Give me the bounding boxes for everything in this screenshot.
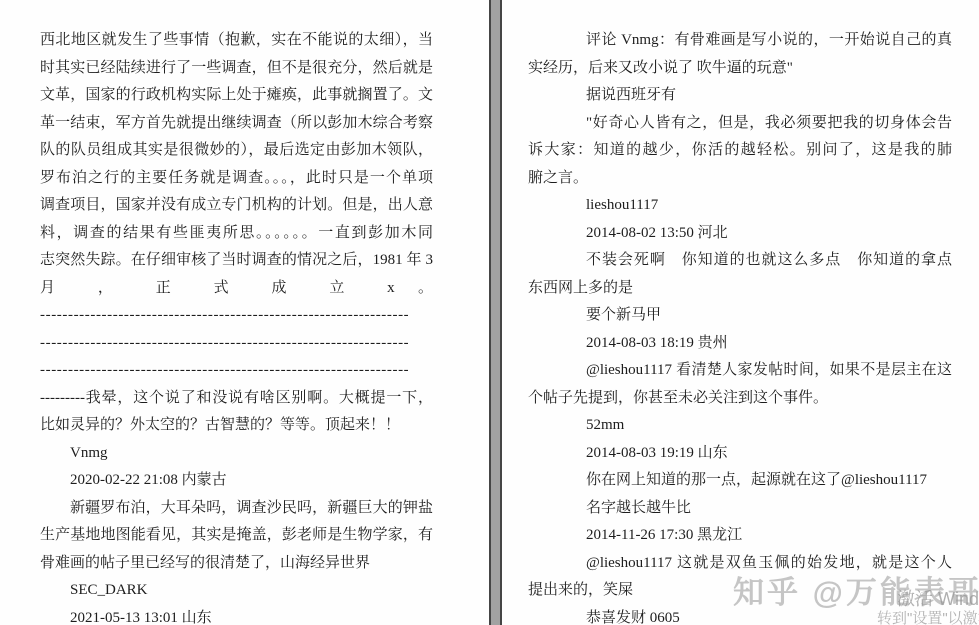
text-line: 2021-05-13 13:01 山东 [40, 605, 433, 625]
dash-separator-line: ----------------------------------------… [40, 302, 433, 330]
text-line: 新疆罗布泊，大耳朵吗，调查沙民吗，新疆巨大的钾盐 [40, 495, 433, 523]
dash-rule: ----------------------------------------… [40, 357, 408, 385]
text-line: 罗布泊之行的主要任务就是调查。。。，此时只是一个单项 [40, 165, 433, 193]
dash-rule: ----------------------------------------… [40, 330, 408, 358]
page-divider [489, 0, 502, 625]
text-line: 比如灵异的？外太空的？古智慧的？等等。顶起来！！ [40, 412, 433, 440]
text-line: @lieshou1117 看清楚人家发帖时间，如果不是层主在这 [528, 357, 952, 385]
text-line: @lieshou1117 这就是双鱼玉佩的始发地，就是这个人 [528, 550, 952, 578]
dash-rule: ----------------------------------------… [40, 302, 408, 330]
text-line: lieshou1117 [528, 192, 952, 220]
text-line: 提出来的，笑屎 [528, 577, 952, 605]
document-page-right: 评论 Vnmg：有骨难画是写小说的，一开始说自己的真实经历，后来又改小说了 吹牛… [528, 27, 952, 625]
text-line: "好奇心人皆有之，但是，我必须要把我的切身体会告 [528, 110, 952, 138]
text-line: 你在网上知道的那一点，起源就在这了@lieshou1117 [528, 467, 952, 495]
text-line: 生产基地地图能看见，其实是掩盖，彭老师是生物学家，有 [40, 522, 433, 550]
text-line: 骨难画的帖子里已经写的很清楚了，山海经异世界 [40, 550, 433, 578]
text-line: ---------我晕，这个说了和没说有啥区别啊。大概提一下， [40, 385, 433, 413]
text-line: 2020-02-22 21:08 内蒙古 [40, 467, 433, 495]
text-line: 文革，国家的行政机构实际上处于瘫痪，此事就搁置了。文 [40, 82, 433, 110]
text-line: 据说西班牙有 [528, 82, 952, 110]
text-line: 志突然失踪。在仔细审核了当时调查的情况之后，1981 年 3 [40, 247, 433, 275]
text-line: SEC_DARK [40, 577, 433, 605]
text-line: 诉大家：知道的越少，你活的越轻松。别问了，这是我的肺 [528, 137, 952, 165]
text-line: 队的队员组成其实是很微妙的），最后选定由彭加木领队， [40, 137, 433, 165]
dash-separator-line: ----------------------------------------… [40, 330, 433, 358]
text-line: Vnmg [40, 440, 433, 468]
text-line: 2014-11-26 17:30 黑龙江 [528, 522, 952, 550]
text-line: 52mm [528, 412, 952, 440]
text-line: 月 ， 正 式 成 立 x 。 [40, 275, 433, 303]
text-line: 个帖子先提到，你甚至未必关注到这个事件。 [528, 385, 952, 413]
text-line: 要个新马甲 [528, 302, 952, 330]
text-line: 2014-08-03 19:19 山东 [528, 440, 952, 468]
dash-separator-line: ----------------------------------------… [40, 357, 433, 385]
text-line: 时其实已经陆续进行了一些调查，但不是很充分，然后就是 [40, 55, 433, 83]
text-line: 名字越长越牛比 [528, 495, 952, 523]
text-line: 不装会死啊 你知道的也就这么多点 你知道的拿点 [528, 247, 952, 275]
document-page-left: 西北地区就发生了些事情（抱歉，实在不能说的太细），当时其实已经陆续进行了一些调查… [40, 27, 433, 625]
text-line: 恭喜发财 0605 [528, 605, 952, 625]
text-line: 料，调查的结果有些匪夷所思。。。。。。一直到彭加木同 [40, 220, 433, 248]
text-line: 调查项目，国家并没有成立专门机构的计划。但是，出人意 [40, 192, 433, 220]
text-line: 革一结束，军方首先就提出继续调查（所以彭加木综合考察 [40, 110, 433, 138]
text-line: 西北地区就发生了些事情（抱歉，实在不能说的太细），当 [40, 27, 433, 55]
text-line: 2014-08-02 13:50 河北 [528, 220, 952, 248]
text-line: 腑之言。 [528, 165, 952, 193]
text-line: 东西网上多的是 [528, 275, 952, 303]
text-line: 2014-08-03 18:19 贵州 [528, 330, 952, 358]
text-line: 实经历，后来又改小说了 吹牛逼的玩意" [528, 55, 952, 83]
text-line: 评论 Vnmg：有骨难画是写小说的，一开始说自己的真 [528, 27, 952, 55]
document-viewer: { "document": { "left_page": { "lines": … [0, 0, 979, 625]
